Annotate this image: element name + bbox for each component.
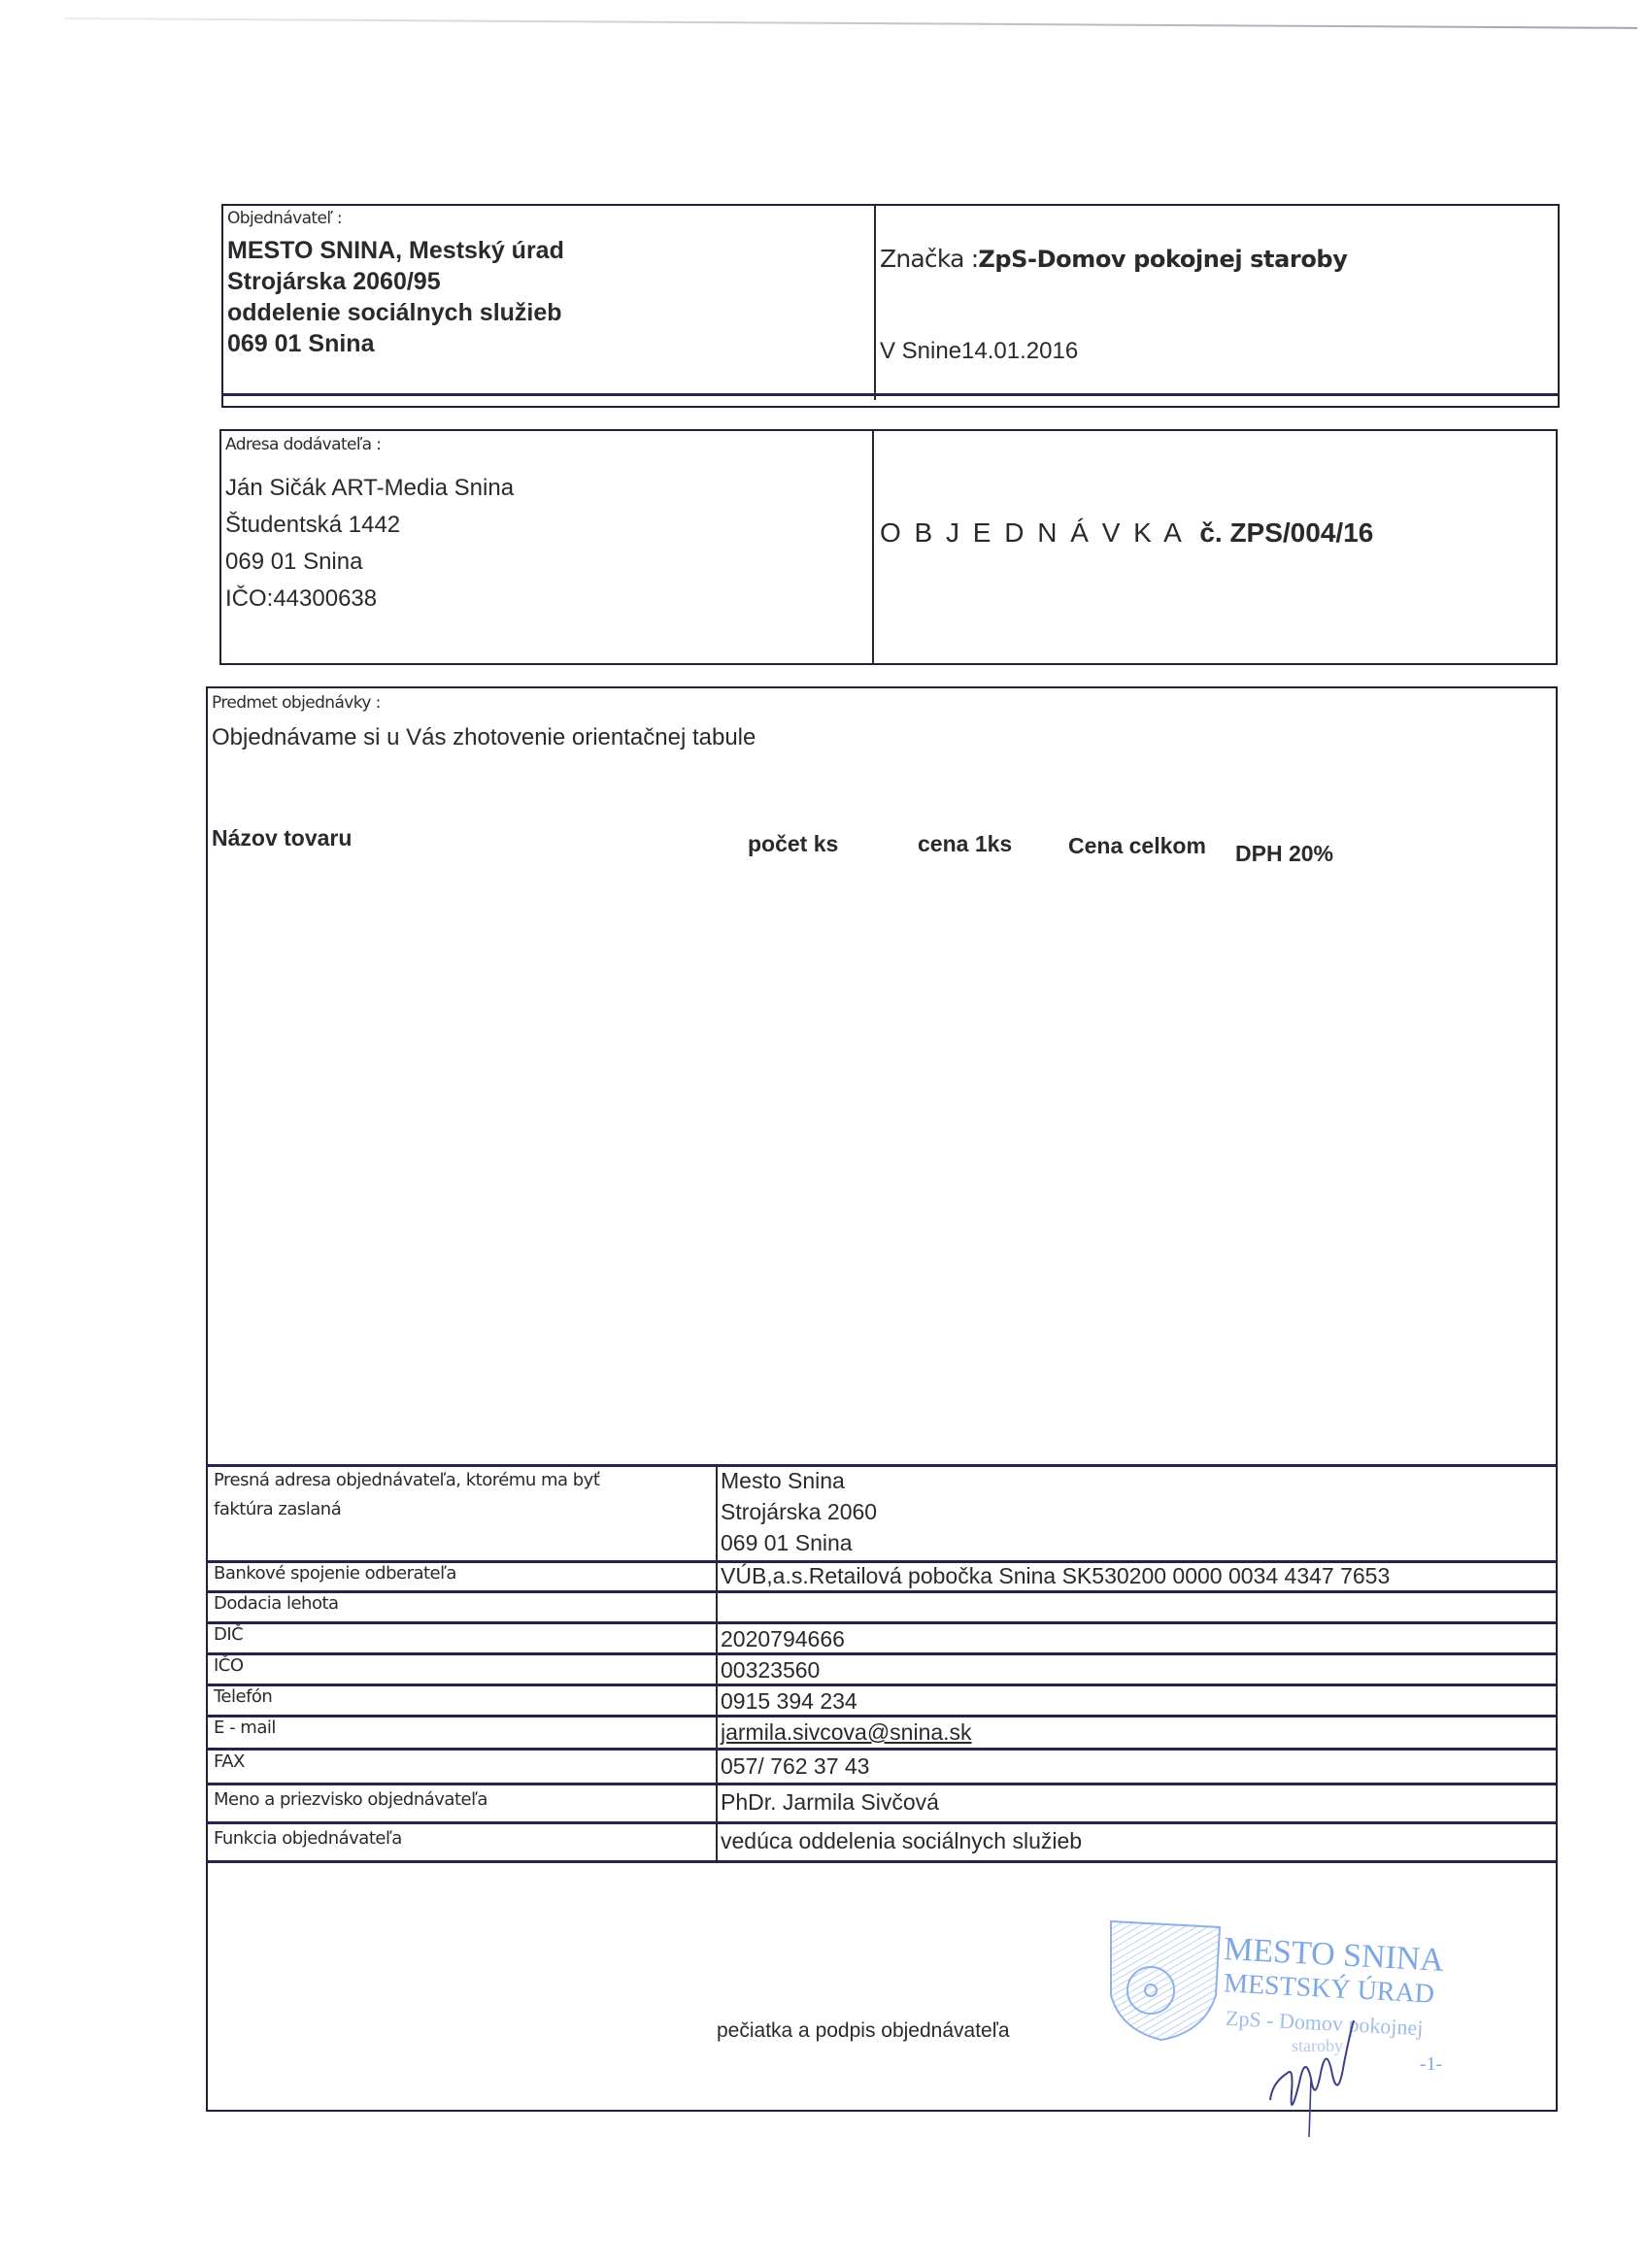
bank-value: VÚB,a.s.Retailová pobočka Snina SK530200…	[721, 1563, 1390, 1589]
signature-label: pečiatka a podpis objednávateľa	[717, 2019, 1010, 2043]
billing-address-label: Presná adresa objednávateľa, ktorému ma …	[214, 1470, 599, 1490]
bank-label: Bankové spojenie odberateľa	[214, 1563, 456, 1584]
billing-address-line-2: Strojárska 2060	[721, 1499, 877, 1525]
official-stamp: MESTO SNINA MESTSKÝ ÚRAD ZpS - Domov pok…	[1107, 1918, 1476, 2121]
orderer-name-value: PhDr. Jarmila Sivčová	[721, 1789, 939, 1816]
details-row-line	[207, 1590, 1557, 1593]
subject-label: Predmet objednávky :	[212, 693, 381, 713]
details-top-line	[207, 1464, 1557, 1467]
mark-value: ZpS-Domov pokojnej staroby	[978, 246, 1347, 273]
supplier-street: Študentská 1442	[225, 512, 400, 539]
order-title-word: O B J E D N Á V K A	[880, 517, 1185, 548]
stamp-line-5: -1-	[1420, 2053, 1442, 2076]
details-row-line	[207, 1684, 1557, 1686]
details-row-line	[207, 1621, 1557, 1624]
email-link[interactable]: jarmila.sivcova@snina.sk	[721, 1719, 972, 1746]
details-row-line	[207, 1748, 1557, 1751]
ico-value: 00323560	[721, 1657, 820, 1684]
order-number: č. ZPS/004/16	[1199, 517, 1373, 548]
col-unit-price: cena 1ks	[918, 831, 1012, 857]
orderer-name-label: Meno a priezvisko objednávateľa	[214, 1789, 487, 1810]
details-bottom-line	[207, 1860, 1557, 1863]
details-divider	[716, 1466, 718, 1861]
details-row-line	[207, 1783, 1557, 1785]
scan-edge-line	[64, 17, 1637, 29]
orderer-street: Strojárska 2060/95	[227, 268, 441, 296]
orderer-function-label: Funkcia objednávateľa	[214, 1828, 402, 1849]
dic-label: DIČ	[214, 1624, 243, 1645]
subject-text: Objednávame si u Vás zhotovenie orientač…	[212, 724, 756, 751]
orderer-name: MESTO SNINA, Mestský úrad	[227, 237, 564, 265]
mark-label: Značka :	[880, 245, 978, 273]
billing-address-label-2: faktúra zaslaná	[214, 1499, 341, 1519]
phone-value: 0915 394 234	[721, 1688, 857, 1715]
details-row-line	[207, 1821, 1557, 1824]
orderer-divider	[874, 206, 876, 400]
supplier-name: Ján Sičák ART-Media Snina	[225, 475, 514, 502]
col-product-name: Názov tovaru	[212, 825, 352, 851]
details-row-line	[207, 1715, 1557, 1718]
details-row-line	[207, 1652, 1557, 1655]
coat-of-arms-icon	[1107, 1918, 1224, 2044]
signature-icon	[1262, 1985, 1398, 2141]
order-body-section	[206, 686, 1558, 2112]
billing-address-line-1: Mesto Snina	[721, 1468, 845, 1494]
fax-value: 057/ 762 37 43	[721, 1753, 869, 1780]
dic-value: 2020794666	[721, 1626, 845, 1652]
supplier-city: 069 01 Snina	[225, 549, 362, 576]
mark-field: Značka :ZpS-Domov pokojnej staroby	[880, 245, 1347, 274]
billing-address-line-3: 069 01 Snina	[721, 1530, 853, 1556]
orderer-department: oddelenie sociálnych služieb	[227, 299, 562, 327]
orderer-city: 069 01 Snina	[227, 330, 374, 358]
supplier-divider	[872, 431, 874, 664]
orderer-function-value: vedúca oddelenia sociálnych služieb	[721, 1828, 1082, 1854]
col-total-price: Cena celkom	[1068, 833, 1206, 859]
email-label: E - mail	[214, 1718, 276, 1738]
ico-label: IČO	[214, 1655, 244, 1676]
orderer-bottom-line	[222, 393, 1559, 396]
delivery-term-label: Dodacia lehota	[214, 1593, 339, 1614]
place-date: V Snine14.01.2016	[880, 338, 1078, 365]
orderer-label: Objednávateľ :	[227, 209, 342, 228]
supplier-label: Adresa dodávateľa :	[225, 435, 381, 454]
supplier-ico: IČO:44300638	[225, 585, 377, 613]
order-title: O B J E D N Á V K A č. ZPS/004/16	[880, 517, 1373, 549]
col-vat: DPH 20%	[1235, 841, 1333, 867]
col-quantity: počet ks	[748, 831, 838, 857]
fax-label: FAX	[214, 1751, 245, 1772]
phone-label: Telefón	[214, 1686, 272, 1707]
